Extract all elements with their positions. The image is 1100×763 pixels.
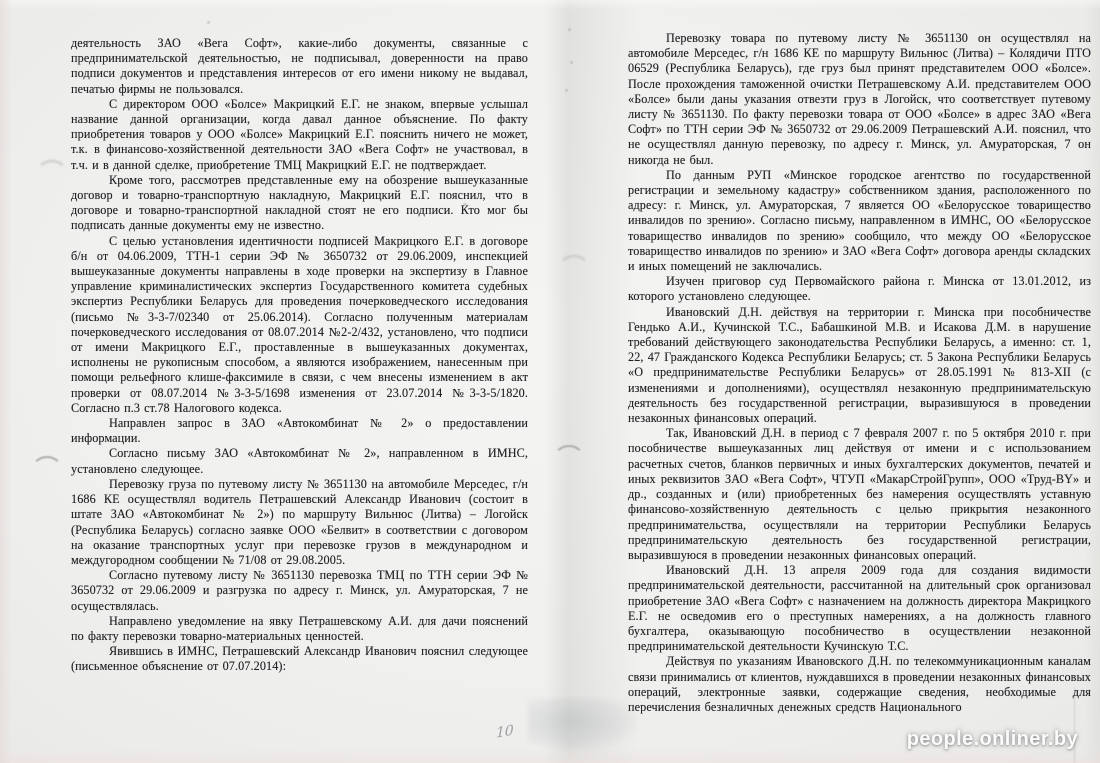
paragraph: Согласно письму ЗАО «Автокомбинат № 2», …	[71, 446, 528, 476]
paragraph: Так, Ивановский Д.Н. в период с 7 феврал…	[628, 426, 1091, 563]
hole-punch-mark	[36, 160, 68, 190]
paragraph: С целью установления идентичности подпис…	[71, 234, 528, 416]
ink-speck	[207, 21, 210, 24]
smudge-mark	[528, 698, 638, 750]
ink-speck	[565, 89, 568, 92]
left-page-text-column: деятельность ЗАО «Вега Софт», какие-либо…	[71, 36, 528, 675]
paragraph: С директором ООО «Болсе» Макрицкий Е.Г. …	[71, 97, 528, 173]
ink-speck	[568, 28, 571, 31]
paragraph: Ивановский Д.Н. действуя на территории г…	[628, 305, 1091, 427]
paragraph: Направлен запрос в ЗАО «Автокомбинат № 2…	[71, 416, 528, 446]
paragraph: Перевозку товара по путевому листу № 365…	[628, 31, 1091, 168]
hole-punch-mark	[553, 445, 585, 475]
hole-punch-mark	[31, 456, 63, 486]
site-watermark: people.onliner.by	[907, 728, 1078, 751]
paragraph: Согласно путевому листу № 3651130 перево…	[71, 568, 528, 614]
paragraph: По данным РУП «Минское городское агентст…	[628, 168, 1091, 274]
paragraph: Перевозку груза по путевому листу № 3651…	[71, 477, 528, 568]
paragraph: Ивановский Д.Н. 13 апреля 2009 года для …	[628, 563, 1091, 654]
paragraph: Явившись в ИМНС, Петрашевский Александр …	[71, 644, 528, 674]
paragraph: Направлено уведомление на явку Петрашевс…	[71, 614, 528, 644]
handwritten-page-number: 10	[496, 722, 514, 741]
right-page-text-column: Перевозку товара по путевому листу № 365…	[628, 31, 1091, 715]
paragraph: Действуя по указаниям Ивановского Д.Н. п…	[628, 654, 1091, 715]
paragraph: деятельность ЗАО «Вега Софт», какие-либо…	[71, 36, 528, 97]
paragraph: Изучен приговор суд Первомайского района…	[628, 274, 1091, 304]
paragraph: Кроме того, рассмотрев представленные ем…	[71, 173, 528, 234]
hole-punch-mark	[558, 255, 590, 285]
ink-speck	[570, 61, 573, 64]
